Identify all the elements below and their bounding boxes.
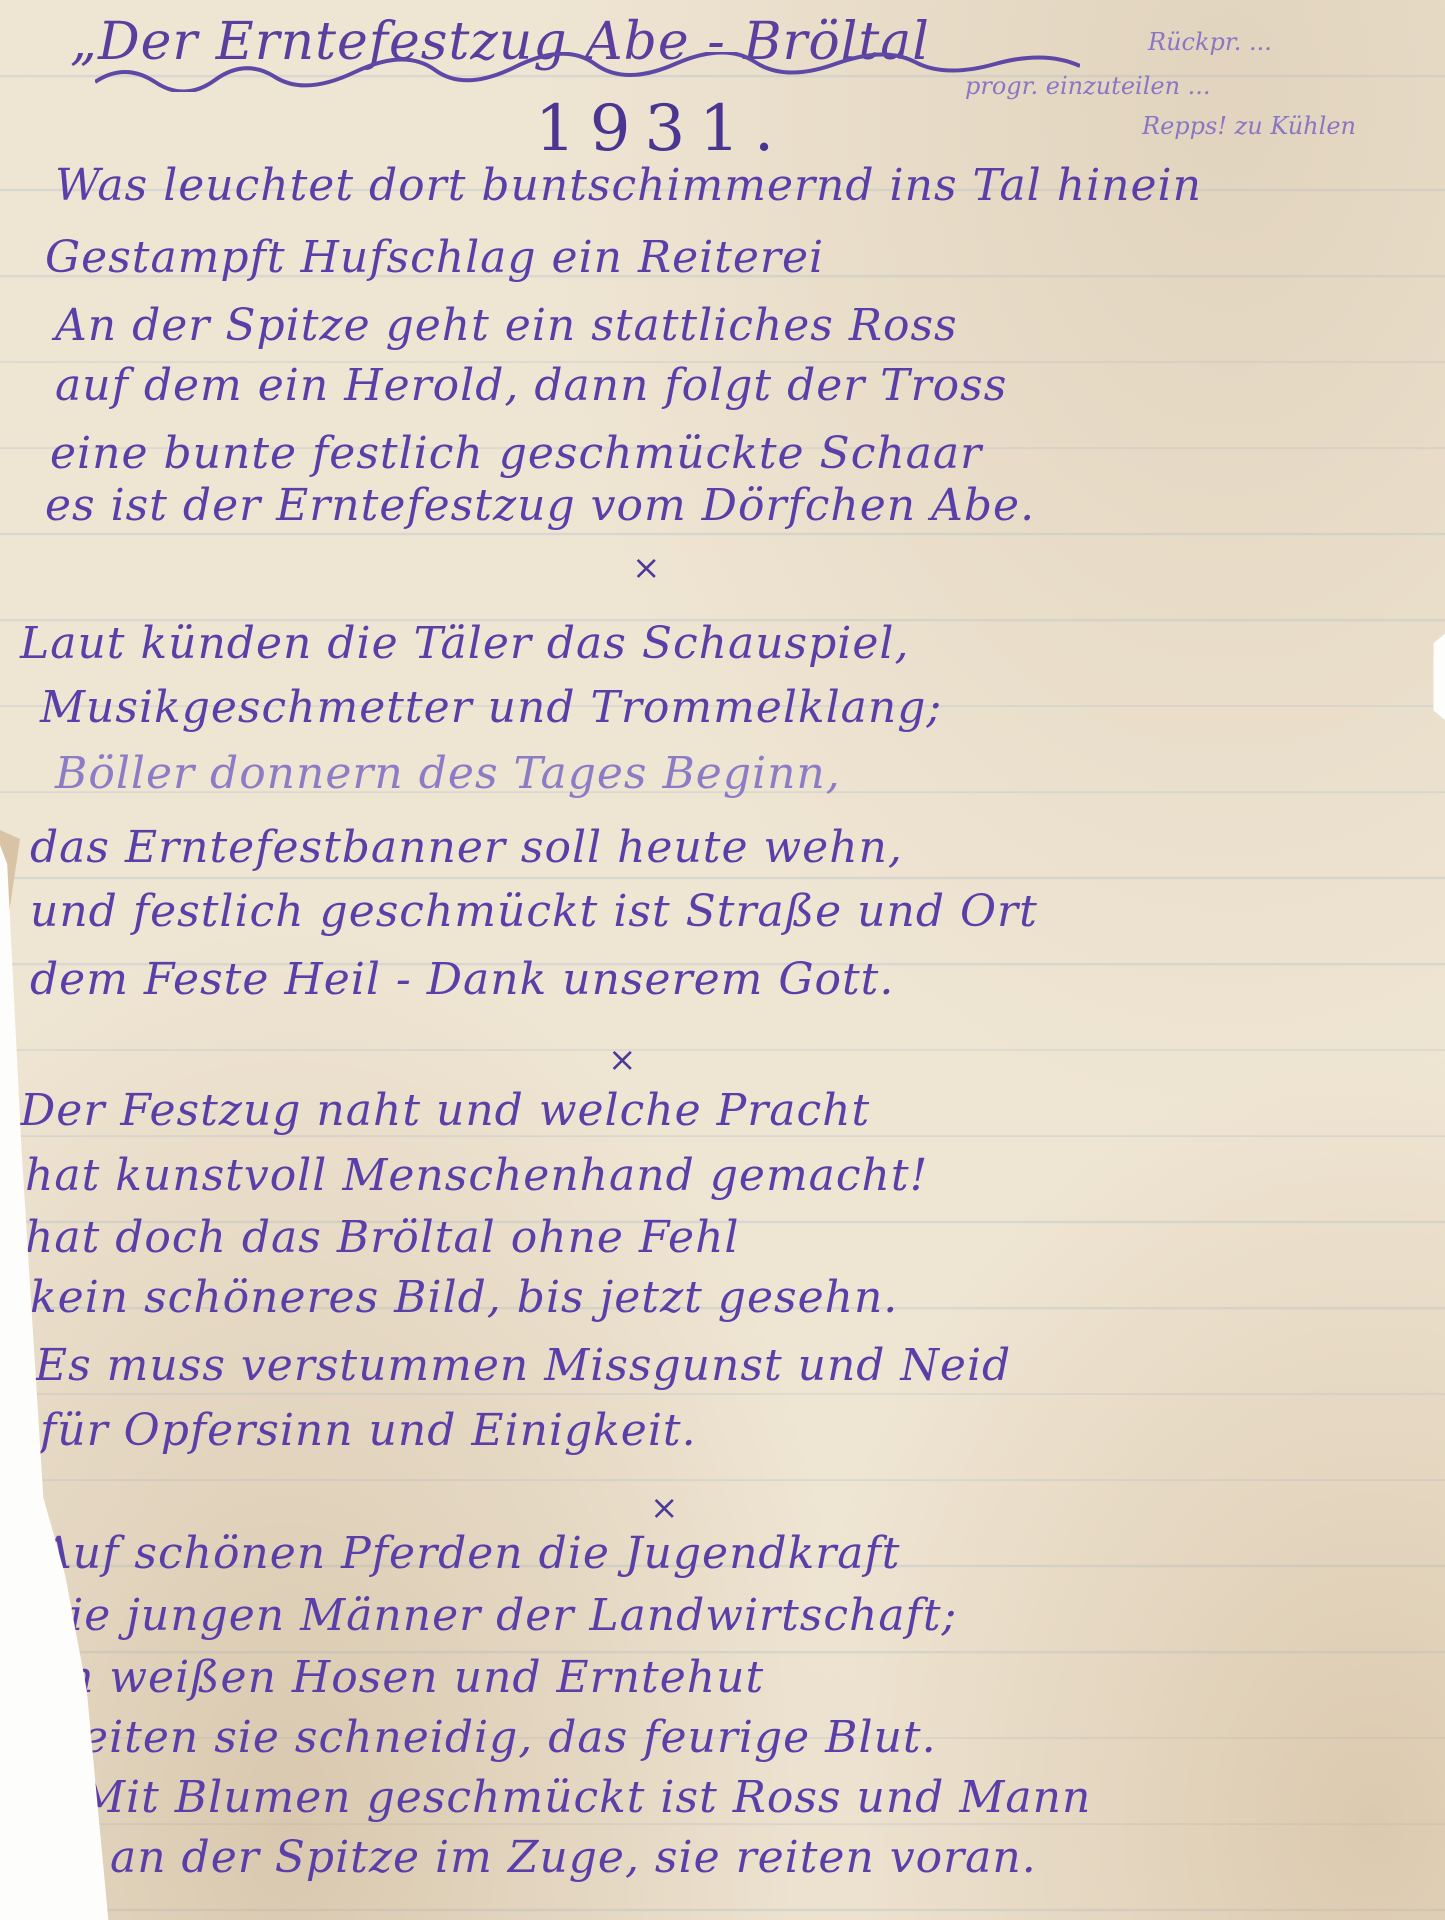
verse-line: kein schöneres Bild, bis jetzt gesehn. <box>30 1272 898 1323</box>
verse-line: Laut künden die Täler das Schauspiel, <box>20 618 909 669</box>
torn-paper-flap <box>0 830 20 920</box>
stanza-divider-mark: × <box>650 1488 680 1528</box>
verse-line: für Opfersinn und Einigkeit. <box>40 1405 697 1456</box>
verse-line: Gestampft Hufschlag ein Reiterei <box>45 232 824 283</box>
verse-line: und festlich geschmückt ist Straße und O… <box>30 886 1038 937</box>
verse-line: eine bunte festlich geschmückte Schaar <box>50 428 982 479</box>
verse-line: an der Spitze im Zuge, sie reiten voran. <box>110 1832 1037 1883</box>
verse-line: Musikgeschmetter und Trommelklang; <box>40 682 942 733</box>
margin-note-1: Rückpr. ... <box>1148 28 1272 56</box>
verse-line: Auf schönen Pferden die Jugendkraft <box>40 1528 900 1579</box>
verse-line: hat doch das Bröltal ohne Fehl <box>25 1212 740 1263</box>
margin-note-3: Repps! zu Kühlen <box>1142 112 1356 140</box>
verse-line: reiten sie schneidig, das feurige Blut. <box>60 1712 937 1763</box>
verse-line: es ist der Erntefestzug vom Dörfchen Abe… <box>45 480 1035 531</box>
handwritten-page: „Der Erntefestzug Abe - Bröltal 1931. Rü… <box>0 0 1445 1920</box>
verse-line: die jungen Männer der Landwirtschaft; <box>40 1590 957 1641</box>
verse-line: hat kunstvoll Menschenhand gemacht! <box>25 1150 928 1201</box>
verse-line: Der Festzug naht und welche Pracht <box>20 1085 870 1136</box>
verse-line: Böller donnern des Tages Beginn, <box>55 748 841 799</box>
wavy-underline <box>95 52 1080 92</box>
verse-line: Was leuchtet dort buntschimmernd ins Tal… <box>55 160 1202 211</box>
margin-note-2: progr. einzuteilen ... <box>965 72 1211 100</box>
stanza-divider-mark: × <box>632 548 662 588</box>
verse-line: Es muss verstummen Missgunst und Neid <box>35 1340 1011 1391</box>
verse-line: dem Feste Heil - Dank unserem Gott. <box>30 954 894 1005</box>
verse-line: auf dem ein Herold, dann folgt der Tross <box>55 360 1007 411</box>
verse-line: An der Spitze geht ein stattliches Ross <box>55 300 958 351</box>
stanza-divider-mark: × <box>608 1040 638 1080</box>
verse-line: das Erntefestbanner soll heute wehn, <box>30 822 903 873</box>
poem-year: 1931. <box>535 92 788 166</box>
verse-line: in weißen Hosen und Erntehut <box>50 1652 764 1703</box>
verse-line: Mit Blumen geschmückt ist Ross und Mann <box>80 1772 1091 1823</box>
